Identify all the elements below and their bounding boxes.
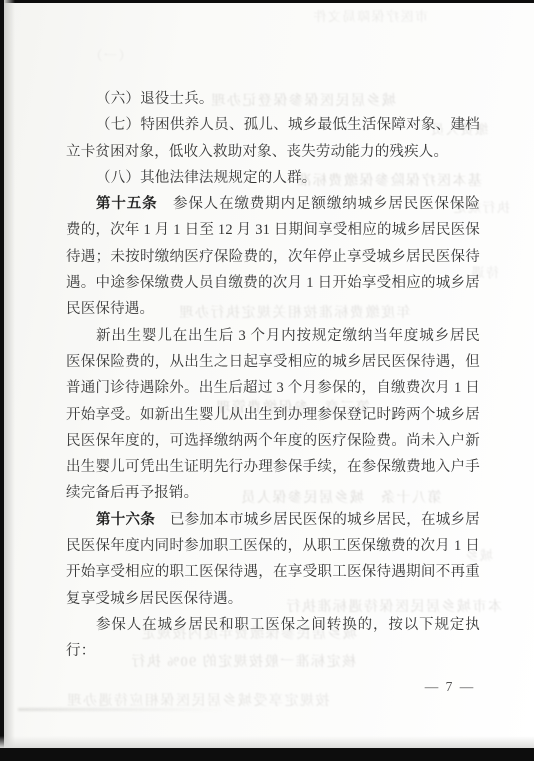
document-line: 待遇；未按时缴纳医疗保险费的，次年停止享受城乡居民医保待	[66, 244, 480, 270]
document-line: 民医保年度的，可选择缴纳两个年度的医疗保险费。尚未入户新	[66, 428, 480, 454]
document-line: 参保人在城乡居民和职工医保之间转换的，按以下规定执	[66, 612, 480, 638]
page-number: — 7 —	[418, 679, 482, 695]
scanned-document-page: 城乡居民医保参保登记办理缴费人员基本医疗保险参保缴费标准执行规定年度缴费标准按相…	[0, 0, 534, 761]
article-heading-line: 第十五条 参保人在缴费期内足额缴纳城乡居民医保保险	[66, 191, 480, 217]
scan-edge-bottom-shadow	[0, 736, 534, 748]
document-line: 复享受城乡居民医保待遇。	[66, 586, 480, 612]
article-heading-line: 第十六条 已参加本市城乡居民医保的城乡居民，在城乡居	[66, 507, 480, 533]
document-line: 续完备后再予报销。	[66, 480, 480, 506]
document-line: 开始享受。如新出生婴儿从出生到办理参保登记时跨两个城乡居	[66, 402, 480, 428]
document-line: 民医保年度内同时参加职工医保的，从职工医保缴费的次月 1 日	[66, 533, 480, 559]
document-line: 费的，次年 1 月 1 日至 12 月 31 日期间享受相应的城乡居民医保	[66, 217, 480, 243]
document-line: 开始享受相应的职工医保待遇，在享受职工医保待遇期间不再重	[66, 559, 480, 585]
document-line: 民医保待遇。	[66, 296, 480, 322]
bleedthrough-text: 按规定享受城乡居民医保相应待遇办理	[66, 690, 330, 710]
scan-streak	[18, 708, 228, 711]
document-line: （六）退役士兵。	[66, 86, 480, 112]
document-line: 行：	[66, 638, 480, 664]
document-line: 立卡贫困对象，低收入救助对象、丧失劳动能力的残疾人。	[66, 139, 480, 165]
bleedthrough-text: （一）	[88, 45, 132, 64]
document-line: 遇。中途参保缴费人员自缴费的次月 1 日开始享受相应的城乡居	[66, 270, 480, 296]
document-line: （八）其他法律法规规定的人群。	[66, 165, 480, 191]
scan-edge-left-shadow	[4, 0, 15, 761]
bleedthrough-text: 市医疗保障局文件	[312, 6, 428, 25]
document-line: 新出生婴儿在出生后 3 个月内按规定缴纳当年度城乡居民	[66, 323, 480, 349]
scan-edge-top	[0, 0, 534, 3]
document-line: 普通门诊待遇除外。出生后超过 3 个月参保的，自缴费次月 1 日	[66, 375, 480, 401]
scan-edge-bottom	[0, 748, 534, 761]
document-body: （六）退役士兵。（七）特困供养人员、孤儿、城乡最低生活保障对象、建档立卡贫困对象…	[66, 86, 480, 665]
article-number: 第十六条	[96, 512, 155, 528]
document-line: 出生婴儿可凭出生证明先行办理参保手续，在参保缴费地入户手	[66, 454, 480, 480]
document-line: （七）特困供养人员、孤儿、城乡最低生活保障对象、建档	[66, 112, 480, 138]
document-line: 医保保险费的，从出生之日起享受相应的城乡居民医保待遇，但	[66, 349, 480, 375]
article-number: 第十五条	[96, 196, 158, 212]
